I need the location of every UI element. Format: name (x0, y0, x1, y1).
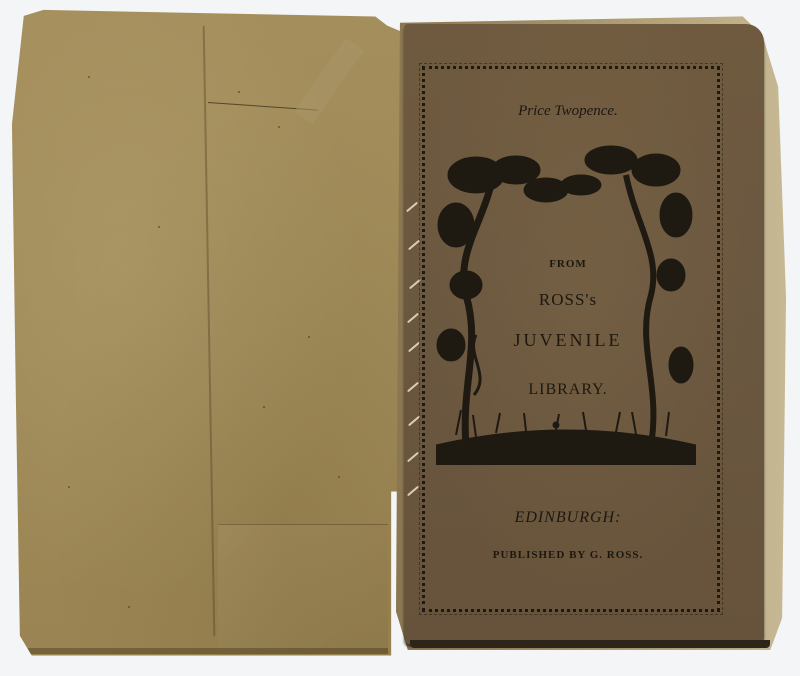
library-title: LIBRARY. (422, 381, 714, 399)
paper-speck (88, 76, 90, 78)
from-text: FROM (422, 258, 714, 270)
paper-wrapper-back (8, 6, 403, 662)
chapbook-photo: Price Twopence. FROM ROSS's JUVENILE LIB… (0, 0, 800, 676)
paper-speck (338, 476, 340, 478)
paper-speck (238, 91, 240, 93)
paper-speck (68, 486, 70, 488)
publisher-name-title: ROSS's (422, 290, 714, 310)
wrapper-bottom-fold (218, 524, 388, 653)
imprint-city: EDINBURGH: (422, 509, 714, 527)
juvenile-title: JUVENILE (422, 330, 714, 351)
imprint-publisher: PUBLISHED BY G. ROSS. (422, 549, 714, 561)
paper-speck (158, 226, 160, 228)
price-text: Price Twopence. (422, 103, 714, 120)
paper-speck (263, 406, 265, 408)
paper-speck (128, 606, 130, 608)
wrapper-bottom-edge (28, 648, 388, 654)
paper-speck (308, 336, 310, 338)
wrapper-fold-line (203, 26, 216, 636)
paper-speck (278, 126, 280, 128)
cover-bottom-edge (410, 640, 770, 648)
wrapper-corner-flap (294, 38, 364, 124)
